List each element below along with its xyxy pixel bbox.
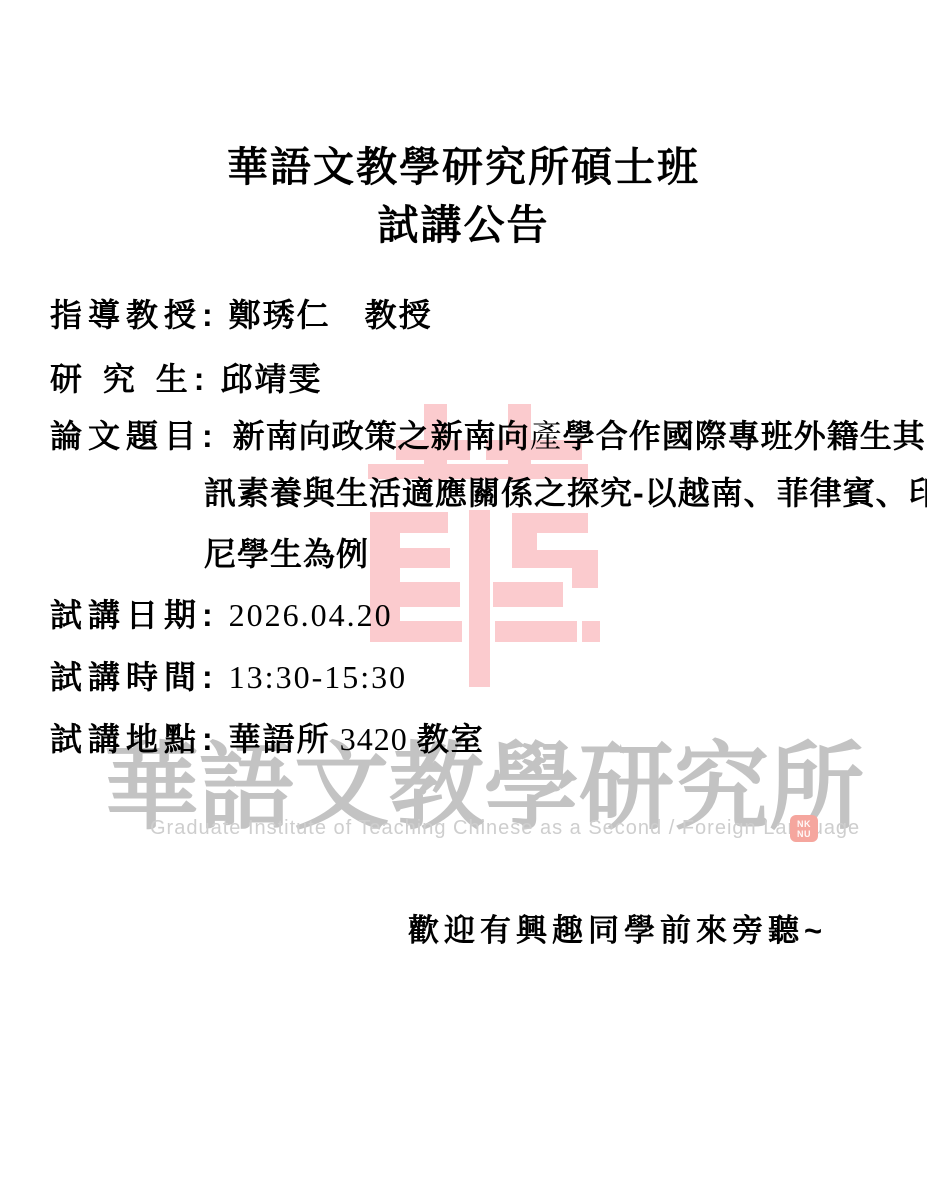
nknu-badge: NK NU <box>790 815 818 842</box>
place-label: 試講地點: <box>50 721 219 757</box>
student-value: 邱靖雯 <box>220 361 322 397</box>
time-label: 試講時間: <box>50 659 219 695</box>
place-row: 試講地點:華語所3420教室 <box>50 722 485 756</box>
date-label: 試講日期: <box>50 597 219 633</box>
date-row: 試講日期:2026.04.20 <box>50 598 393 632</box>
place-room-word: 教室 <box>417 721 485 757</box>
student-row: 研 究 生:邱靖雯 <box>50 362 322 396</box>
nknu-badge-line1: NK <box>797 819 811 829</box>
nknu-badge-line2: NU <box>797 829 811 839</box>
page-title: 華語文教學研究所碩士班 試講公告 <box>0 138 927 254</box>
advisor-row: 指導教授:鄭琇仁 教授 <box>50 298 433 332</box>
thesis-title-line1: 新南向政策之新南向產學合作國際專班外籍生其資 <box>233 418 927 454</box>
institute-name-english-watermark: Graduate Institute of Teaching Chinese a… <box>150 817 860 840</box>
thesis-line1-pre: 新南向政策之新南向 <box>233 418 530 454</box>
thesis-line1-light-char: 產 <box>530 418 563 454</box>
time-row: 試講時間:13:30-15:30 <box>50 660 407 694</box>
thesis-title-line3: 尼學生為例 <box>204 537 369 571</box>
date-value: 2026.04.20 <box>229 597 393 633</box>
thesis-label: 論文題目: <box>50 418 219 454</box>
thesis-line2-text: 訊素養與生活適應關係之探究-以越南、菲律賓、印 <box>204 475 927 511</box>
student-label: 研 究 生: <box>50 361 210 397</box>
announcement-page: 華語文教學研究所 Graduate Institute of Teaching … <box>0 0 927 1200</box>
advisor-label: 指導教授: <box>50 297 219 333</box>
place-value: 華語所3420教室 <box>229 721 485 757</box>
title-line1: 華語文教學研究所碩士班 <box>0 138 927 196</box>
closing-note: 歡迎有興趣同學前來旁聽~ <box>408 905 827 950</box>
advisor-value: 鄭琇仁 教授 <box>229 297 433 333</box>
time-value: 13:30-15:30 <box>229 659 407 695</box>
thesis-row: 論文題目:新南向政策之新南向產學合作國際專班外籍生其資 <box>50 419 927 453</box>
place-room-number: 3420 <box>340 721 408 757</box>
title-line2: 試講公告 <box>0 196 927 254</box>
thesis-line1-post: 學合作國際專班外籍生其資 <box>563 418 927 454</box>
place-building: 華語所 <box>229 721 331 757</box>
thesis-line3-text: 尼學生為例 <box>204 536 369 572</box>
thesis-title-line2: 訊素養與生活適應關係之探究-以越南、菲律賓、印 <box>204 476 927 510</box>
